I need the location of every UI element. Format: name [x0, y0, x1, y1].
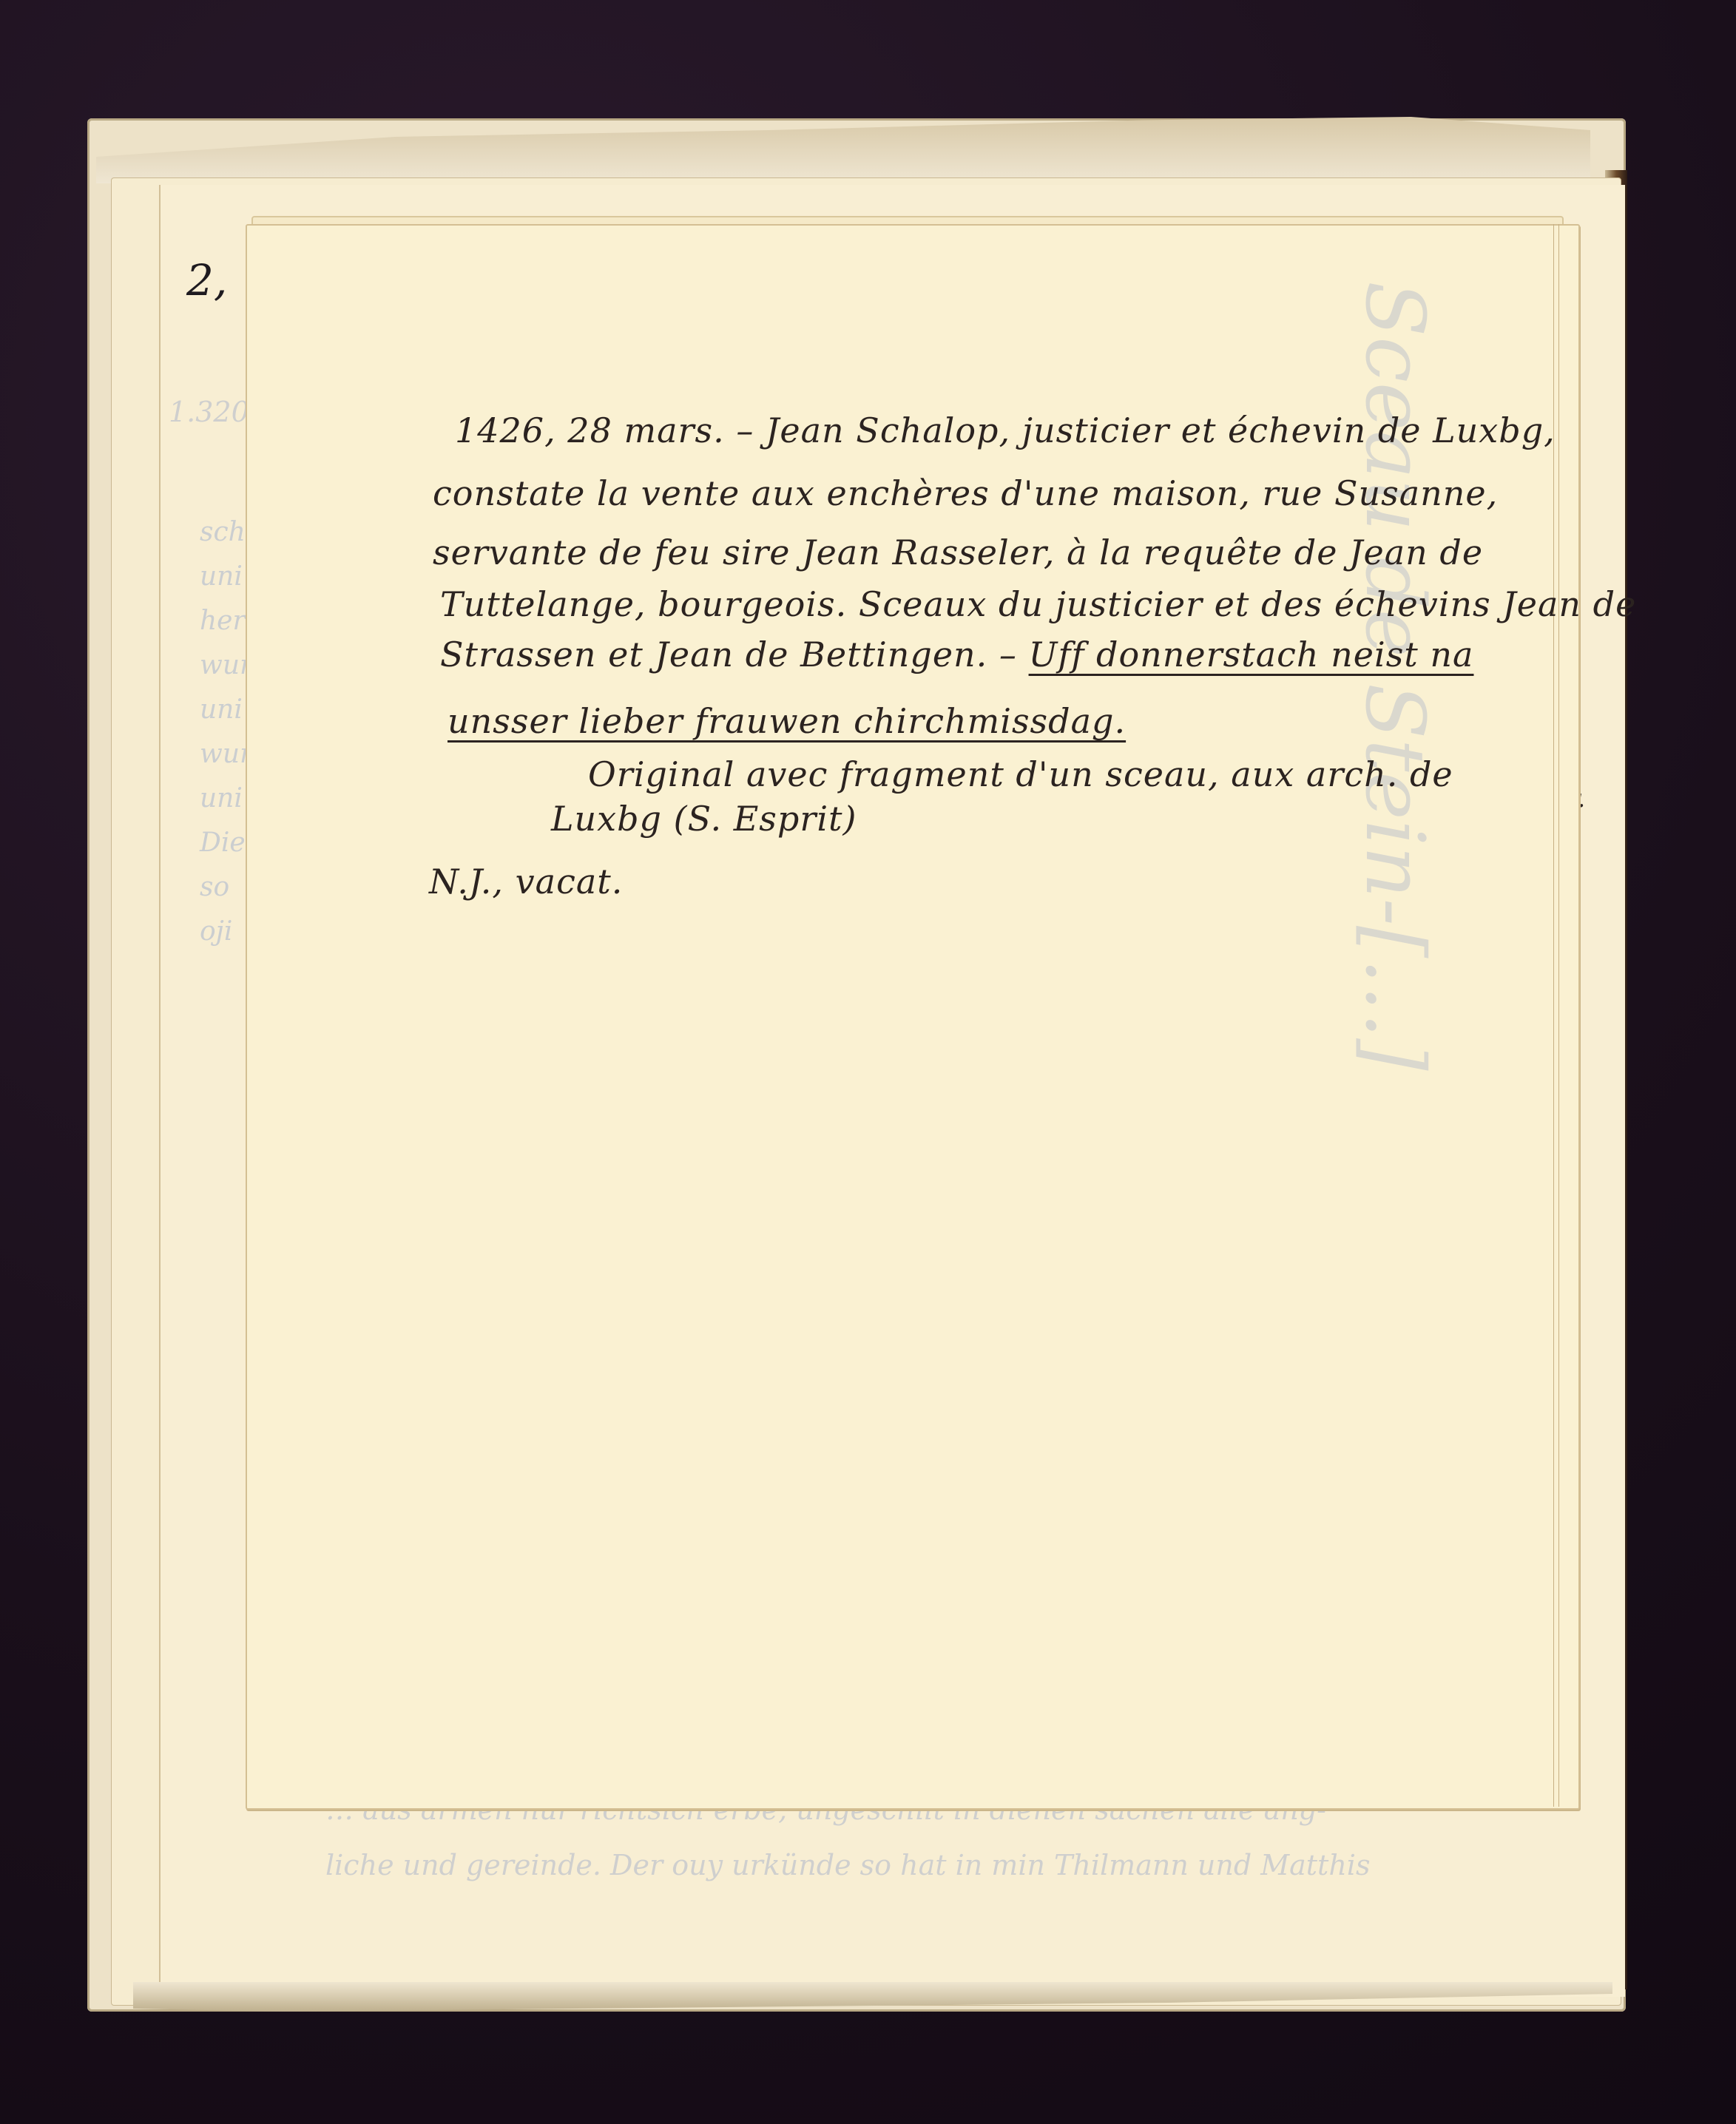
date-formula-part-1: Uff donnerstach neist na: [1029, 635, 1474, 674]
signature: N.J., vacat.: [429, 862, 623, 902]
card-line-3: servante de feu sire Jean Rasseler, à la…: [433, 532, 1483, 572]
show-through-margin-number: 1.320: [169, 396, 249, 428]
card-line-4: Tuttelange, bourgeois. Sceaux du justici…: [440, 584, 1636, 624]
source-note-line-1: Original avec fragment d'un sceau, aux a…: [588, 754, 1453, 794]
card-line-2: constate la vente aux enchères d'une mai…: [433, 473, 1498, 513]
show-through-vertical-stamp: Sceau de Stein-[…]: [1348, 281, 1442, 1071]
witness-names: Strassen et Jean de Bettingen. –: [440, 635, 1017, 674]
item-number: 2,: [186, 255, 227, 305]
card-edge: [1553, 224, 1559, 1807]
date-formula-part-2: unsser lieber frauwen chirchmissdag.: [447, 701, 1126, 741]
show-through-line-2: liche und gereinde. Der ouy urkünde so h…: [325, 1849, 1370, 1881]
source-note-line-2: Luxbg (S. Esprit): [551, 799, 857, 839]
card-line-5: Strassen et Jean de Bettingen. – Uff don…: [440, 635, 1473, 674]
card-line-1: 1426, 28 mars. – Jean Schalop, justicier…: [455, 410, 1556, 450]
